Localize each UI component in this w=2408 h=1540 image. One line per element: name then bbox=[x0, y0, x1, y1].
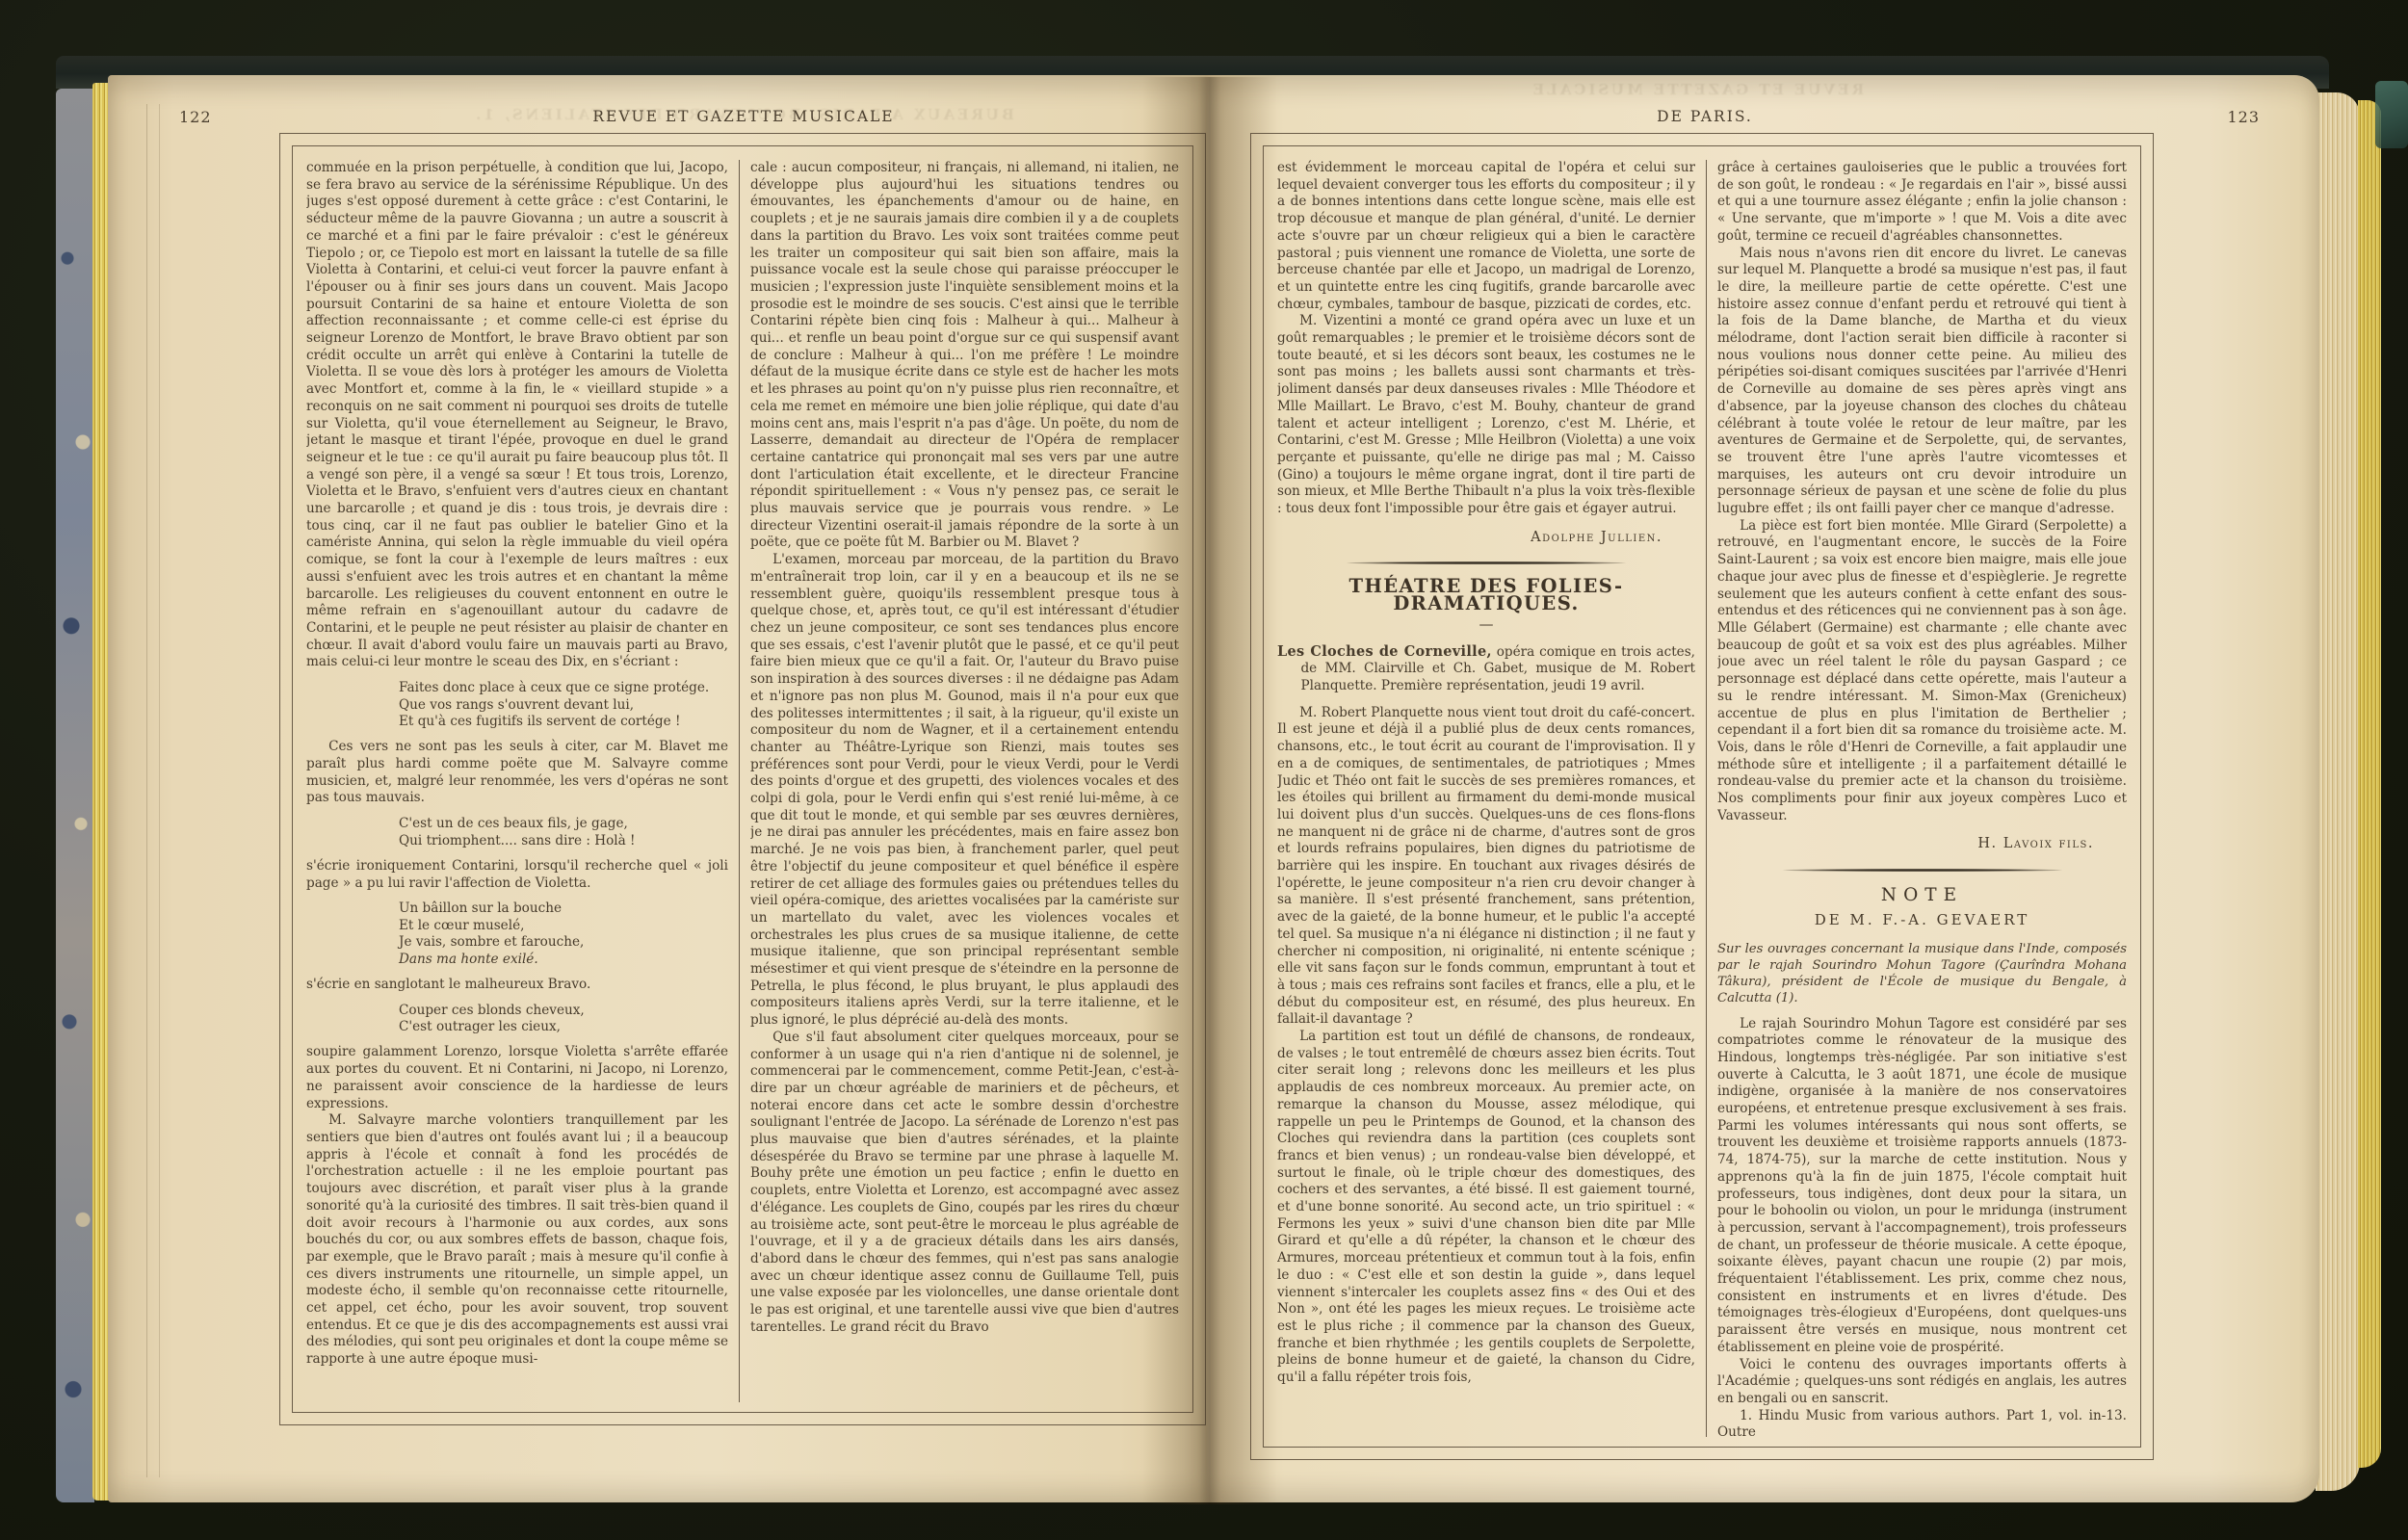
paragraph: grâce à certaines gauloiseries que le pu… bbox=[1717, 160, 2127, 246]
verse-line: Que vos rangs s'ouvrent devant lui, bbox=[399, 697, 728, 714]
paragraph: Voici le contenu des ouvrages importants… bbox=[1717, 1357, 2127, 1408]
paragraph: La pièce est fort bien montée. Mlle Gira… bbox=[1717, 518, 2127, 825]
page-number: 123 bbox=[2227, 108, 2260, 126]
paragraph: M. Salvayre marche volontiers tranquille… bbox=[306, 1112, 728, 1369]
verse-line: Faites donc place à ceux que ce signe pr… bbox=[399, 680, 728, 696]
note-heading: NOTE bbox=[1717, 887, 2127, 904]
verse-line: Je vais, sombre et farouche, bbox=[399, 934, 728, 951]
paragraph: cale : aucun compositeur, ni français, n… bbox=[750, 160, 1179, 552]
page-right: REVUE ET GAZETTE MUSICALE DE PARIS. 123 … bbox=[1206, 75, 2319, 1502]
heading-dash: — bbox=[1277, 616, 1695, 634]
review-lead-in: Les Cloches de Corneville, opéra comique… bbox=[1277, 643, 1695, 695]
column-1: est évidemment le morceau capital de l'o… bbox=[1277, 160, 1695, 1437]
verse-quotation: Faites donc place à ceux que ce signe pr… bbox=[399, 680, 728, 730]
column-rule bbox=[739, 160, 740, 1402]
paragraph: M. Robert Planquette nous vient tout dro… bbox=[1277, 705, 1695, 1029]
show-through-ghost-text: REVUE ET GAZETTE MUSICALE bbox=[1264, 81, 2131, 98]
text-frame-inner: commuée en la prison perpétuelle, à cond… bbox=[292, 145, 1193, 1413]
paragraph: est évidemment le morceau capital de l'o… bbox=[1277, 160, 1695, 313]
divider-line bbox=[1347, 561, 1626, 564]
verse-line: Qui triomphent.... sans dire : Holà ! bbox=[399, 833, 728, 849]
book-board-marbled-edge bbox=[56, 89, 94, 1502]
page-left: BUREAUX A PARIS, BOULEVARD DES ITALIENS,… bbox=[108, 75, 1206, 1502]
verse-line: Et le cœur muselé, bbox=[399, 918, 728, 934]
page-crease-lines bbox=[146, 104, 160, 1477]
paragraph: Que s'il faut absolument citer quelques … bbox=[750, 1030, 1179, 1337]
text-frame: est évidemment le morceau capital de l'o… bbox=[1250, 133, 2154, 1460]
verse-line: Un bâillon sur la bouche bbox=[399, 901, 728, 917]
paragraph: La partition est tout un défilé de chans… bbox=[1277, 1029, 1695, 1387]
text-frame-inner: est évidemment le morceau capital de l'o… bbox=[1263, 145, 2141, 1448]
paragraph: 1. Hindu Music from various authors. Par… bbox=[1717, 1408, 2127, 1437]
page-header: DE PARIS. 123 bbox=[1206, 108, 2319, 133]
column-2: cale : aucun compositeur, ni français, n… bbox=[750, 160, 1179, 1402]
verse-line: Dans ma honte exilé. bbox=[399, 952, 728, 968]
page-edge-stack-right bbox=[2316, 92, 2360, 1491]
verse-quotation: Couper ces blonds cheveux,C'est outrager… bbox=[399, 1003, 728, 1036]
verse-line: C'est outrager les cieux, bbox=[399, 1019, 728, 1035]
verse-quotation: Un bâillon sur la boucheEt le cœur musel… bbox=[399, 901, 728, 968]
paragraph: commuée en la prison perpétuelle, à cond… bbox=[306, 160, 728, 671]
text-frame: commuée en la prison perpétuelle, à cond… bbox=[279, 133, 1206, 1425]
page-fore-edge-right bbox=[2358, 100, 2381, 1468]
paragraph: soupire galamment Lorenzo, lorsque Viole… bbox=[306, 1044, 728, 1112]
paragraph: s'écrie ironiquement Contarini, lorsqu'i… bbox=[306, 858, 728, 892]
column-2: grâce à certaines gauloiseries que le pu… bbox=[1717, 160, 2127, 1437]
article-heading: THÉATRE DES FOLIES-DRAMATIQUES. bbox=[1277, 578, 1695, 612]
page-header: 122 REVUE ET GAZETTE MUSICALE bbox=[108, 108, 1206, 133]
column-1: commuée en la prison perpétuelle, à cond… bbox=[306, 160, 728, 1402]
paragraph: Le rajah Sourindro Mohun Tagore est cons… bbox=[1717, 1016, 2127, 1357]
verse-line: Couper ces blonds cheveux, bbox=[399, 1003, 728, 1019]
paragraph: Mais nous n'avons rien dit encore du liv… bbox=[1717, 246, 2127, 518]
paragraph: M. Vizentini a monté ce grand opéra avec… bbox=[1277, 313, 1695, 517]
work-title: Les Cloches de Corneville, bbox=[1277, 643, 1492, 660]
running-title: REVUE ET GAZETTE MUSICALE bbox=[281, 108, 1206, 125]
column-rule bbox=[1706, 160, 1707, 1437]
running-title: DE PARIS. bbox=[1252, 108, 2158, 125]
section-divider-rule bbox=[1717, 869, 2127, 872]
verse-line: Et qu'à ces fugitifs ils servent de cort… bbox=[399, 714, 728, 730]
note-subheading: DE M. F.-A. GEVAERT bbox=[1717, 912, 2127, 929]
paragraph: s'écrie en sanglotant le malheureux Brav… bbox=[306, 977, 728, 994]
paragraph: Ces vers ne sont pas les seuls à citer, … bbox=[306, 739, 728, 807]
verse-line: C'est un de ces beaux fils, je gage, bbox=[399, 816, 728, 832]
book-corner-accent bbox=[2375, 81, 2408, 148]
divider-line bbox=[1783, 869, 2062, 872]
verse-quotation: C'est un de ces beaux fils, je gage,Qui … bbox=[399, 816, 728, 849]
page-number: 122 bbox=[179, 108, 212, 126]
section-divider-rule bbox=[1277, 561, 1695, 564]
note-subject: Sur les ouvrages concernant la musique d… bbox=[1717, 941, 2127, 1006]
author-signature: Adolphe Jullien. bbox=[1277, 530, 1662, 547]
author-signature: H. Lavoix fils. bbox=[1717, 836, 2094, 853]
paragraph: L'examen, morceau par morceau, de la par… bbox=[750, 552, 1179, 1030]
